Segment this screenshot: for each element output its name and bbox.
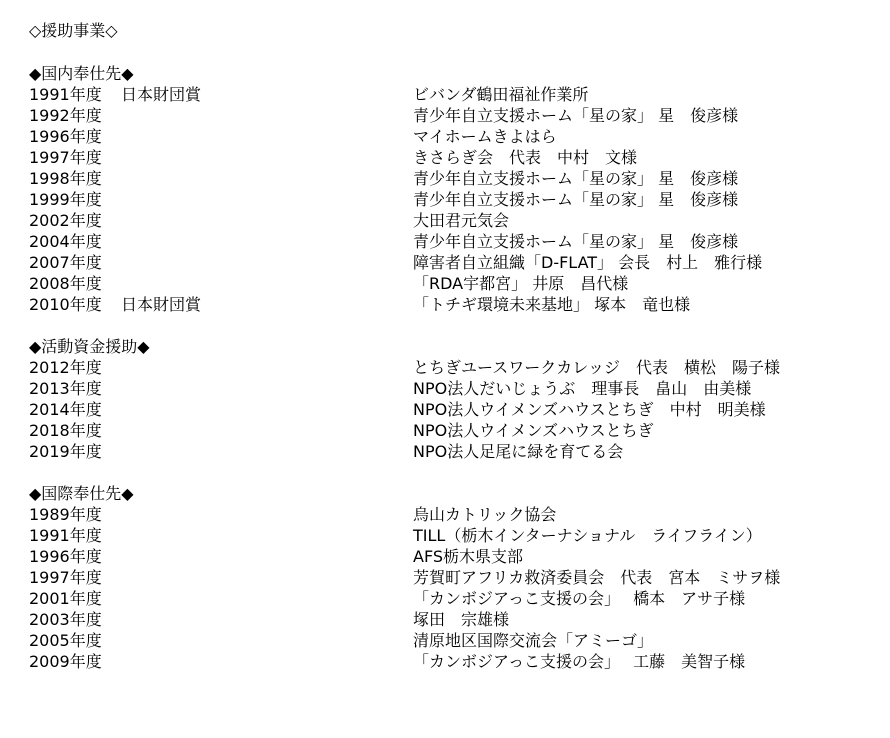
year-cell: 1991年度 (29, 525, 121, 546)
year-cell: 1999年度 (29, 189, 121, 210)
recipient-cell: 「カンボジアっこ支援の会」 工藤 美智子様 (413, 651, 869, 672)
list-item: 2003年度塚田 宗雄様 (29, 609, 869, 630)
recipient-cell: NPO法人ウイメンズハウスとちぎ (413, 420, 869, 441)
year-cell: 1997年度 (29, 567, 121, 588)
award-cell (121, 126, 413, 147)
year-cell: 1996年度 (29, 126, 121, 147)
year-cell: 2018年度 (29, 420, 121, 441)
list-item: 2004年度青少年自立支援ホーム「星の家」 星 俊彦様 (29, 231, 869, 252)
award-cell (121, 609, 413, 630)
list-item: 2018年度NPO法人ウイメンズハウスとちぎ (29, 420, 869, 441)
award-cell (121, 231, 413, 252)
award-cell (121, 189, 413, 210)
year-cell: 2004年度 (29, 231, 121, 252)
year-cell: 2010年度 (29, 294, 121, 315)
recipient-cell: 清原地区国際交流会「アミーゴ」 (413, 630, 869, 651)
list-item: 1991年度日本財団賞ビバンダ鶴田福祉作業所 (29, 84, 869, 105)
recipient-cell: AFS栃木県支部 (413, 546, 869, 567)
year-cell: 2001年度 (29, 588, 121, 609)
list-item: 1992年度青少年自立支援ホーム「星の家」 星 俊彦様 (29, 105, 869, 126)
recipient-cell: NPO法人ウイメンズハウスとちぎ 中村 明美様 (413, 399, 869, 420)
year-cell: 2003年度 (29, 609, 121, 630)
award-cell (121, 378, 413, 399)
section-activity-funding: ◆活動資金援助◆2012年度とちぎユースワークカレッジ 代表 横松 陽子様201… (29, 336, 869, 462)
award-cell (121, 105, 413, 126)
year-cell: 2014年度 (29, 399, 121, 420)
award-cell (121, 399, 413, 420)
section-domestic-service: ◆国内奉仕先◆1991年度日本財団賞ビバンダ鶴田福祉作業所1992年度青少年自立… (29, 63, 869, 315)
list-item: 1989年度烏山カトリック協会 (29, 504, 869, 525)
recipient-cell: 塚田 宗雄様 (413, 609, 869, 630)
list-item: 2007年度障害者自立組織「D-FLAT」 会長 村上 雅行様 (29, 252, 869, 273)
recipient-cell: 芳賀町アフリカ救済委員会 代表 宮本 ミサヲ様 (413, 567, 869, 588)
year-cell: 1991年度 (29, 84, 121, 105)
list-item: 1991年度TILL（栃木インターナショナル ライフライン） (29, 525, 869, 546)
list-item: 1997年度きさらぎ会 代表 中村 文様 (29, 147, 869, 168)
year-cell: 2002年度 (29, 210, 121, 231)
recipient-cell: ビバンダ鶴田福祉作業所 (413, 84, 869, 105)
award-cell: 日本財団賞 (121, 84, 413, 105)
year-cell: 1996年度 (29, 546, 121, 567)
list-item: 2012年度とちぎユースワークカレッジ 代表 横松 陽子様 (29, 357, 869, 378)
list-item: 1999年度青少年自立支援ホーム「星の家」 星 俊彦様 (29, 189, 869, 210)
section-heading: ◆国内奉仕先◆ (29, 63, 869, 84)
award-cell (121, 504, 413, 525)
year-cell: 1992年度 (29, 105, 121, 126)
recipient-cell: 大田君元気会 (413, 210, 869, 231)
list-item: 2009年度「カンボジアっこ支援の会」 工藤 美智子様 (29, 651, 869, 672)
list-item: 2008年度「RDA宇都宮」 井原 昌代様 (29, 273, 869, 294)
recipient-cell: TILL（栃木インターナショナル ライフライン） (413, 525, 869, 546)
section-heading: ◆活動資金援助◆ (29, 336, 869, 357)
list-item: 2001年度「カンボジアっこ支援の会」 橋本 アサ子様 (29, 588, 869, 609)
page-title: ◇援助事業◇ (29, 20, 869, 41)
recipient-cell: 「RDA宇都宮」 井原 昌代様 (413, 273, 869, 294)
list-item: 1996年度マイホームきよはら (29, 126, 869, 147)
award-cell: 日本財団賞 (121, 294, 413, 315)
document-page: ◇援助事業◇ ◆国内奉仕先◆1991年度日本財団賞ビバンダ鶴田福祉作業所1992… (29, 20, 869, 693)
year-cell: 1998年度 (29, 168, 121, 189)
recipient-cell: 青少年自立支援ホーム「星の家」 星 俊彦様 (413, 189, 869, 210)
section-international-service: ◆国際奉仕先◆1989年度烏山カトリック協会1991年度TILL（栃木インターナ… (29, 483, 869, 672)
year-cell: 2007年度 (29, 252, 121, 273)
year-cell: 1997年度 (29, 147, 121, 168)
list-item: 1996年度AFS栃木県支部 (29, 546, 869, 567)
recipient-cell: NPO法人足尾に緑を育てる会 (413, 441, 869, 462)
sections-container: ◆国内奉仕先◆1991年度日本財団賞ビバンダ鶴田福祉作業所1992年度青少年自立… (29, 63, 869, 672)
award-cell (121, 357, 413, 378)
year-cell: 2008年度 (29, 273, 121, 294)
award-cell (121, 441, 413, 462)
recipient-cell: 青少年自立支援ホーム「星の家」 星 俊彦様 (413, 168, 869, 189)
list-item: 2019年度NPO法人足尾に緑を育てる会 (29, 441, 869, 462)
award-cell (121, 420, 413, 441)
award-cell (121, 252, 413, 273)
list-item: 1997年度芳賀町アフリカ救済委員会 代表 宮本 ミサヲ様 (29, 567, 869, 588)
award-cell (121, 147, 413, 168)
award-cell (121, 651, 413, 672)
award-cell (121, 630, 413, 651)
year-cell: 2012年度 (29, 357, 121, 378)
recipient-cell: 「トチギ環境未来基地」 塚本 竜也様 (413, 294, 869, 315)
list-item: 2002年度大田君元気会 (29, 210, 869, 231)
award-cell (121, 567, 413, 588)
year-cell: 2013年度 (29, 378, 121, 399)
award-cell (121, 525, 413, 546)
award-cell (121, 273, 413, 294)
award-cell (121, 168, 413, 189)
recipient-cell: 「カンボジアっこ支援の会」 橋本 アサ子様 (413, 588, 869, 609)
recipient-cell: マイホームきよはら (413, 126, 869, 147)
list-item: 2010年度日本財団賞「トチギ環境未来基地」 塚本 竜也様 (29, 294, 869, 315)
recipient-cell: きさらぎ会 代表 中村 文様 (413, 147, 869, 168)
recipient-cell: 青少年自立支援ホーム「星の家」 星 俊彦様 (413, 231, 869, 252)
recipient-cell: NPO法人だいじょうぶ 理事長 畠山 由美様 (413, 378, 869, 399)
list-item: 1998年度青少年自立支援ホーム「星の家」 星 俊彦様 (29, 168, 869, 189)
list-item: 2013年度NPO法人だいじょうぶ 理事長 畠山 由美様 (29, 378, 869, 399)
award-cell (121, 210, 413, 231)
award-cell (121, 546, 413, 567)
list-item: 2014年度NPO法人ウイメンズハウスとちぎ 中村 明美様 (29, 399, 869, 420)
list-item: 2005年度清原地区国際交流会「アミーゴ」 (29, 630, 869, 651)
year-cell: 1989年度 (29, 504, 121, 525)
recipient-cell: 青少年自立支援ホーム「星の家」 星 俊彦様 (413, 105, 869, 126)
award-cell (121, 588, 413, 609)
recipient-cell: 烏山カトリック協会 (413, 504, 869, 525)
year-cell: 2009年度 (29, 651, 121, 672)
year-cell: 2005年度 (29, 630, 121, 651)
section-heading: ◆国際奉仕先◆ (29, 483, 869, 504)
recipient-cell: とちぎユースワークカレッジ 代表 横松 陽子様 (413, 357, 869, 378)
year-cell: 2019年度 (29, 441, 121, 462)
recipient-cell: 障害者自立組織「D-FLAT」 会長 村上 雅行様 (413, 252, 869, 273)
